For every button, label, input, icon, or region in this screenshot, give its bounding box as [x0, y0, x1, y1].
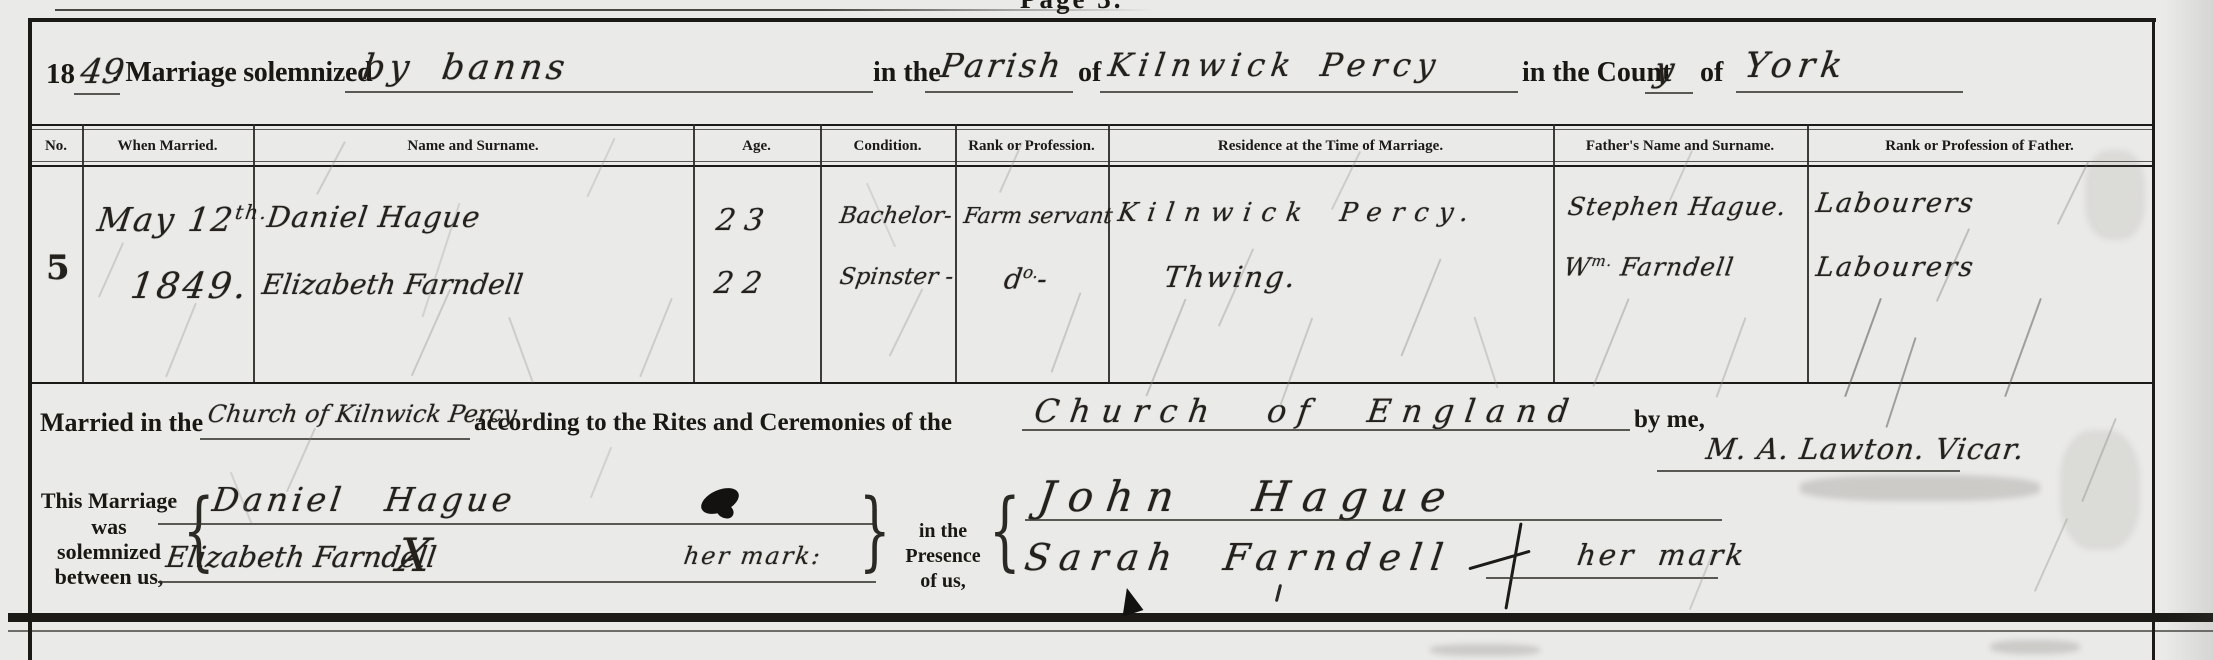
groom-signature-underline	[158, 523, 876, 525]
groom-profession: Farm servant	[962, 204, 1114, 229]
witness2-mark-note: her mark	[1575, 538, 1749, 572]
bride-profession-ditto: do.-	[1002, 262, 1049, 295]
ghost-writing-3	[2085, 150, 2145, 240]
officiant-signature: M. A. Lawton. Vicar.	[1704, 432, 2027, 466]
heading-parish-name-underline	[1100, 91, 1518, 93]
presence-line1: in the	[895, 520, 991, 543]
col-header-name-surname: Name and Surname.	[255, 129, 691, 163]
married-in-underline	[200, 438, 470, 440]
bride-father-name: Wm. Farndell	[1562, 252, 1736, 281]
groom-residence: Kilnwick Percy.	[1116, 198, 1480, 228]
witness-brace-open: {	[989, 489, 1021, 575]
col-header-residence: Residence at the Time of Marriage.	[1110, 129, 1551, 163]
pen-scratch	[411, 289, 451, 377]
witness1-signature: John Hague	[1035, 472, 1462, 521]
heading-by-banns: by banns	[360, 48, 571, 88]
pen-scratch	[98, 242, 124, 298]
this-marriage-line1: This Marriage	[30, 488, 188, 514]
heading-county-printed: in the Count	[1522, 57, 1671, 89]
groom-father-profession: Labourers	[1814, 188, 1977, 219]
pen-scratch	[1592, 298, 1629, 387]
bottom-thin-line	[8, 630, 2213, 632]
col-header-rank-profession: Rank or Profession.	[957, 129, 1106, 163]
groom-signature: Daniel Hague	[210, 480, 518, 519]
pen-scratch	[1716, 317, 1747, 398]
pen-scratch	[889, 288, 924, 356]
witness2-underline	[1486, 577, 1718, 579]
table-header-top-line	[28, 124, 2154, 126]
bride-condition: Spinster -	[838, 264, 955, 290]
heading-of: of	[1078, 57, 1101, 89]
pen-scratch	[165, 303, 197, 378]
groom-age: 23	[714, 203, 775, 238]
heading-parish-underline	[925, 91, 1073, 93]
heading-year-underline	[74, 93, 120, 95]
table-bottom-line	[28, 382, 2154, 384]
heading-parish-word: Parish	[938, 46, 1066, 85]
bottom-heavy-line	[8, 613, 2213, 622]
heading-county-suffix: y	[1652, 50, 1677, 90]
groom-condition: Bachelor-	[838, 203, 954, 229]
col-header-age: Age.	[695, 129, 818, 163]
ghost-writing	[1800, 475, 2040, 501]
heading-title: . Marriage solemnized	[112, 57, 372, 89]
witness-mark-cross	[1504, 522, 1522, 609]
married-in-label: Married in the	[40, 408, 203, 438]
heading-year-printed: 18	[46, 58, 75, 91]
witness1-underline	[1025, 519, 1722, 521]
top-rule	[55, 9, 1155, 11]
page-edge-shading	[2165, 0, 2213, 660]
entry-number: 5	[46, 248, 70, 288]
heading-in-the: in the	[873, 57, 941, 89]
when-married-year: 1849.	[128, 266, 252, 307]
this-marriage-line2: was	[30, 514, 188, 540]
bride-name: Elizabeth Farndell	[260, 268, 525, 301]
presence-line3: of us,	[895, 570, 991, 593]
col-header-condition: Condition.	[822, 129, 953, 163]
rites-label: according to the Rites and Ceremonies of…	[474, 409, 952, 437]
box-border-top	[28, 18, 2156, 22]
pen-scratch	[2034, 518, 2068, 592]
this-marriage-line3: solemnized	[30, 539, 188, 565]
witness2-signature: Sarah Farndell	[1022, 536, 1455, 579]
ghost-writing-2	[2060, 430, 2140, 550]
by-me-label: by me,	[1634, 406, 1705, 434]
pen-scratch	[508, 317, 534, 383]
col-header-father-name: Father's Name and Surname.	[1555, 129, 1805, 163]
next-entry-trace-2	[1990, 640, 2080, 654]
presence-line2: Presence	[895, 545, 991, 568]
col-header-when-married: When Married.	[84, 129, 251, 163]
bride-residence: Thwing.	[1162, 260, 1299, 294]
marriage-register-scan: Page 3. 18 49 . Marriage solemnized by b…	[0, 0, 2213, 660]
heading-county-underline	[1736, 91, 1963, 93]
table-header-bottom-line2	[28, 165, 2154, 167]
col-header-no: No.	[30, 129, 82, 163]
pen-tick	[1275, 584, 1282, 602]
box-border-right	[2152, 18, 2155, 660]
officiant-underline	[1657, 470, 1960, 472]
next-entry-trace	[1430, 644, 1540, 656]
pen-scratch	[1473, 317, 1498, 389]
bride-mark-note: her mark:	[682, 542, 824, 570]
married-in-church: Church of Kilnwick Percy	[206, 400, 518, 428]
heading-of2: of	[1700, 57, 1723, 89]
rites-church: Church of England	[1032, 392, 1582, 430]
rites-underline	[1022, 429, 1630, 431]
heading-county-name: York	[1742, 46, 1851, 86]
bride-signature-underline	[158, 581, 876, 583]
page-number: Page 3.	[1020, 0, 1123, 15]
witness-mark-cross-arm	[1468, 550, 1530, 571]
pen-scratch	[639, 298, 673, 378]
pen-scratch	[1051, 292, 1082, 373]
heading-by-underline	[345, 91, 873, 93]
heading-county-suffix-underline	[1645, 92, 1693, 94]
when-married-day-suffix: th.	[234, 201, 270, 224]
when-married-day: May 12th.	[95, 200, 270, 239]
bride-age: 22	[712, 266, 773, 301]
groom-father-name: Stephen Hague.	[1566, 192, 1789, 221]
pen-scratch	[1400, 258, 1441, 356]
couple-brace-close: }	[859, 489, 891, 575]
pen-scratch	[590, 447, 612, 499]
heading-parish-name: Kilnwick Percy	[1106, 46, 1444, 84]
